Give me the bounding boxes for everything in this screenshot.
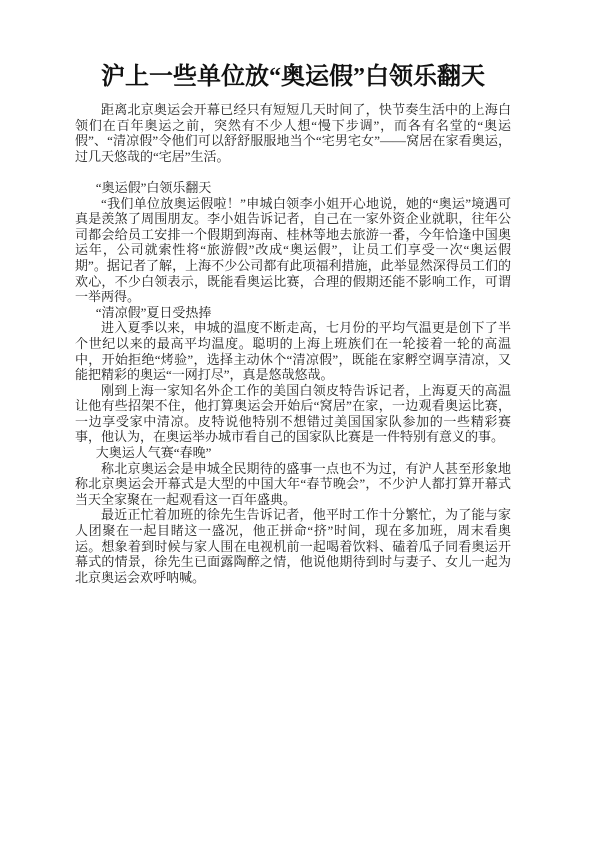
body-paragraph: 进入夏季以来，申城的温度不断走高，七月份的平均气温更是创下了半个世纪以来的最高平… — [75, 320, 511, 382]
section-heading: 大奥运人气赛“春晚” — [75, 445, 511, 461]
article-title: 沪上一些单位放“奥运假”白领乐翻天 — [75, 62, 511, 92]
section-heading: “奥运假”白领乐翻天 — [75, 180, 511, 196]
lead-paragraph: 距离北京奥运会开幕已经只有短短几天时间了，快节奏生活中的上海白领们在百年奥运之前… — [75, 102, 511, 164]
body-paragraph: 称北京奥运会是申城全民期待的盛事一点也不为过，有沪人甚至形象地称北京奥运会开幕式… — [75, 461, 511, 508]
section-heading: “清凉假”夏日受热捧 — [75, 305, 511, 321]
document-page: 沪上一些单位放“奥运假”白领乐翻天 距离北京奥运会开幕已经只有短短几天时间了，快… — [0, 0, 595, 842]
blank-line-spacer — [75, 164, 511, 180]
body-paragraph: 最近正忙着加班的徐先生告诉记者，他平时工作十分繁忙，为了能与家人团聚在一起目睹这… — [75, 507, 511, 585]
body-paragraph: 刚到上海一家知名外企工作的美国白领皮特告诉记者，上海夏天的高温让他有些招架不住，… — [75, 383, 511, 445]
article-body: “奥运假”白领乐翻天“我们单位放奥运假啦！”申城白领李小姐开心地说，她的“奥运”… — [75, 180, 511, 585]
body-paragraph: “我们单位放奥运假啦！”申城白领李小姐开心地说，她的“奥运”境遇可真是羡煞了周围… — [75, 196, 511, 305]
